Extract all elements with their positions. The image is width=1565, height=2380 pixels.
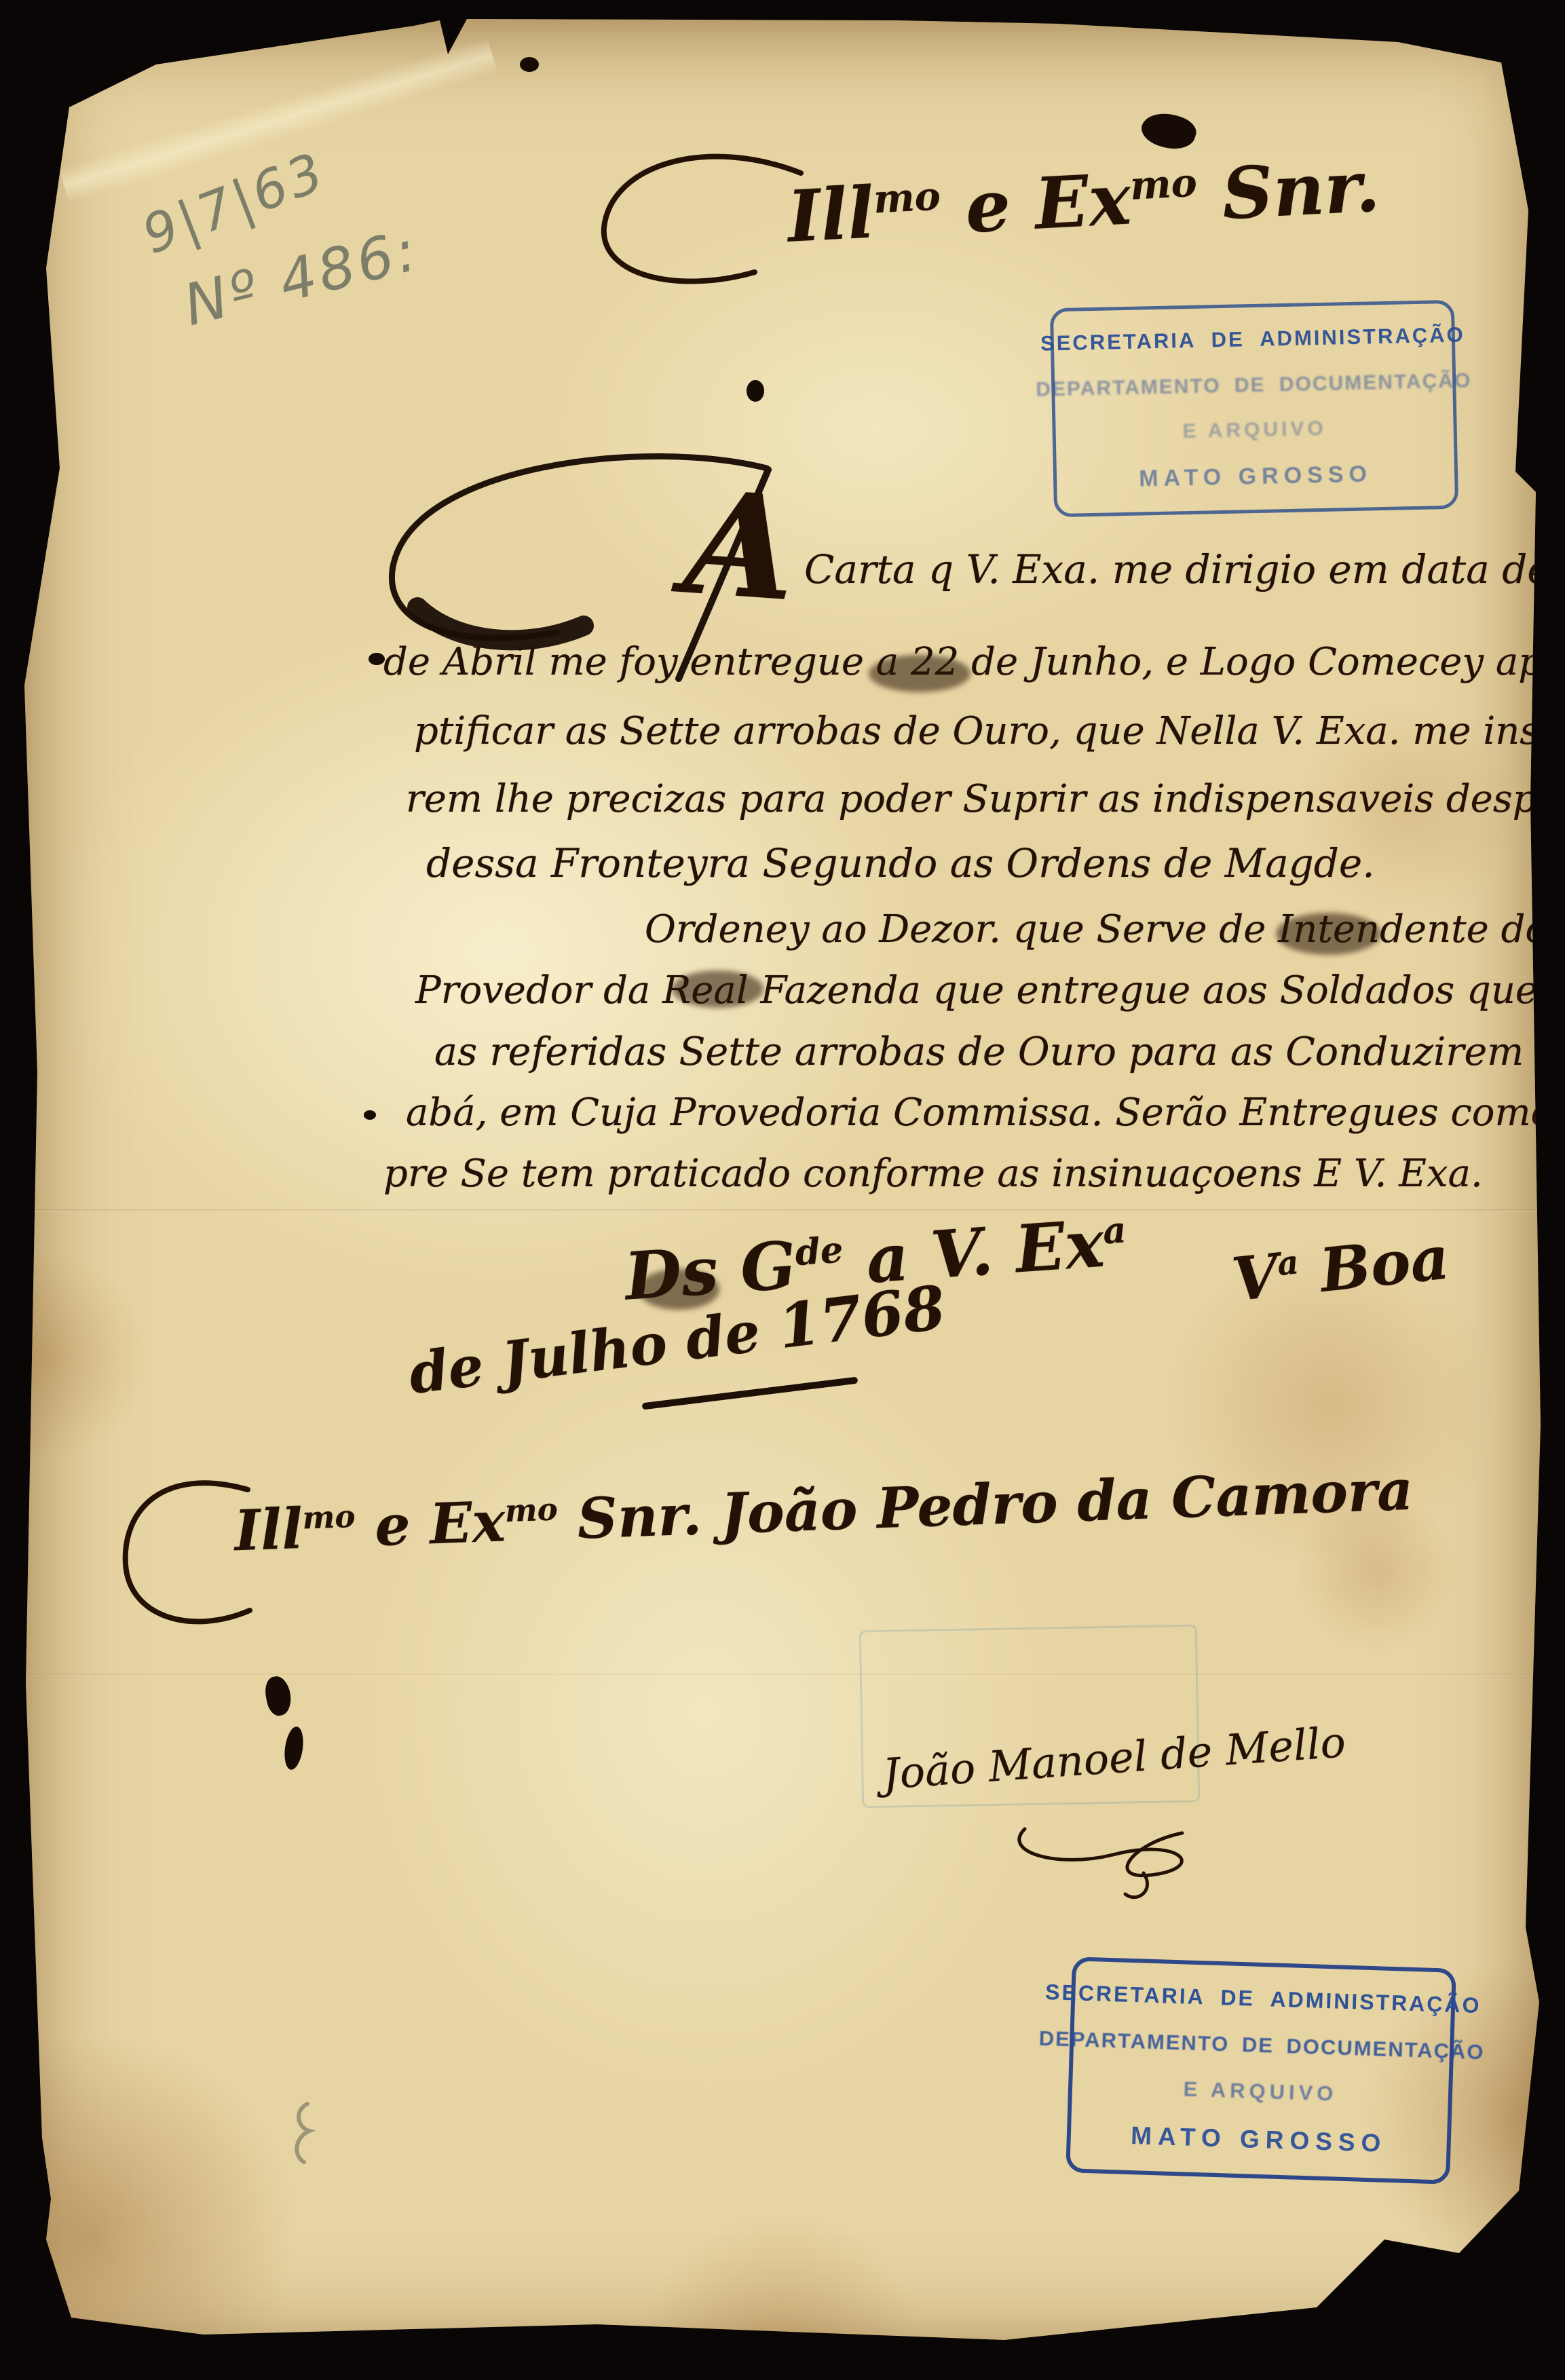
pencil-squiggle [277,2097,331,2172]
stamp-line: E ARQUIVO [1182,417,1327,442]
salutation-text: Snr. [1195,144,1381,237]
ink-smudge [638,1269,719,1310]
ink-blot [1138,107,1200,155]
body-line: pre Se tem praticado conforme as insinua… [383,1155,1483,1193]
stamp-line: DEPARTAMENTO DE DOCUMENTAÇÃO [1038,2027,1485,2064]
stamp-line: DEPARTAMENTO DE DOCUMENTAÇÃO [1036,369,1472,400]
body-line: abá, em Cuja Provedoria Commissa. Serão … [406,1094,1565,1132]
body-line: Ordeney ao Dezor. que Serve de Intendent… [645,911,1565,949]
date-text: de Julho de [405,1297,782,1407]
ink-blot [364,1110,376,1120]
manuscript-paper: 9|7|63 Nº 486: Illmo e Exmo Snr. SECRETA… [0,0,1565,2380]
stamp-line: E ARQUIVO [1183,2078,1338,2106]
salutation-sup: mo [872,173,941,222]
addressee-text: Snr. João Pedro da Camora [557,1458,1414,1553]
body-line: as referidas Sette arrobas de Ouro para … [434,1033,1565,1072]
ink-blot [520,57,539,72]
body-line: rem lhe precizas para poder Suprir as in… [406,780,1565,818]
body-line: ptificar as Sette arrobas de Ouro, que N… [414,713,1565,751]
stamp-line: MATO GROSSO [1131,2122,1387,2158]
ink-smudge [869,655,970,692]
salutation-text: e Ex [939,157,1133,250]
salutation-line: Illmo e Exmo Snr. [786,151,1381,252]
ink-smudge [1276,913,1381,955]
paper-fold-line [0,1209,1565,1212]
stamp-line: MATO GROSSO [1139,461,1372,492]
place-name: Va Boa [1229,1227,1452,1309]
ink-blot [369,653,385,665]
paper-fold-line [0,1674,1565,1676]
ink-blot [263,1674,294,1717]
stamp-line: SECRETARIA DE ADMINISTRAÇÃO [1040,323,1465,355]
body-line: de Abril me foy entregue a 22 de Junho, … [383,643,1565,681]
archive-stamp-bottom: SECRETARIA DE ADMINISTRAÇÃO DEPARTAMENTO… [1066,1957,1456,2185]
addressee-line: Illmo e Exmo Snr. João Pedro da Camora [233,1462,1414,1560]
salutation-text: Ill [785,170,876,259]
addressee-text: Ill [233,1496,304,1564]
dropcap-letter: A [681,472,801,622]
addressee-text: e Ex [354,1489,506,1560]
ink-smudge [672,970,763,1008]
valediction-sup: a [1101,1209,1127,1252]
addressee-sup: mo [302,1498,356,1536]
signature-flourish [1004,1802,1235,1910]
body-line: dessa Fronteyra Segundo as Ordens de Mag… [426,844,1375,883]
year-underline [642,1377,859,1410]
archive-stamp-top: SECRETARIA DE ADMINISTRAÇÃO DEPARTAMENTO… [1050,300,1458,517]
ink-blot [282,1726,306,1771]
salutation-flourish [584,146,814,302]
body-line: Provedor da Real Fazenda que entregue ao… [415,972,1565,1010]
salutation-sup: mo [1129,160,1198,209]
stamp-line: SECRETARIA DE ADMINISTRAÇÃO [1045,1980,1482,2018]
place-text: V [1228,1240,1282,1315]
ink-blot [747,380,764,402]
addressee-sup: mo [504,1491,559,1529]
body-line: Carta q V. Exa. me dirigio em data de 16 [804,550,1565,589]
place-text: Boa [1296,1222,1452,1308]
valediction-sup: de [794,1228,845,1274]
photographed-document: 9|7|63 Nº 486: Illmo e Exmo Snr. SECRETA… [0,0,1565,2380]
